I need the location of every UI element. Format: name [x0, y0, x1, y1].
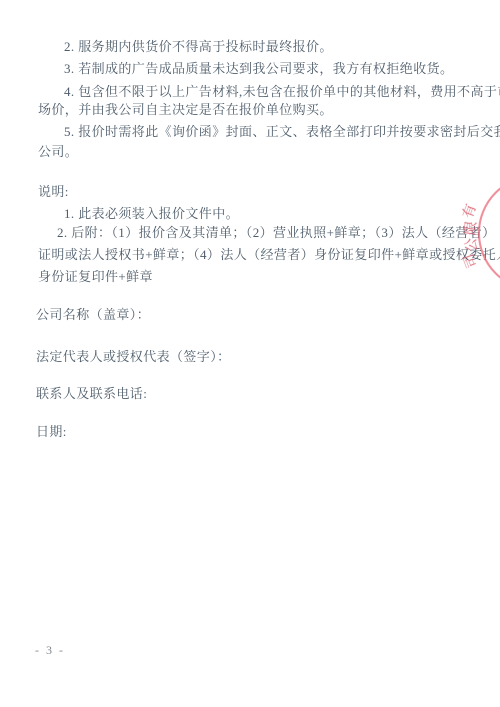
seal-ring-icon: [478, 175, 500, 291]
term-line: 场价，并由我公司自主决定是否在报价单位购买。: [38, 101, 333, 119]
document-page: 2. 服务期内供货价不得高于投标时最终报价。 3. 若制成的广告成品质量未达到我…: [0, 0, 500, 707]
field-date: 日期:: [36, 423, 67, 441]
seal-character: 限: [459, 220, 481, 237]
term-line: 4. 包含但不限于以上广告材料,未包含在报价单中的其他材料，费用不高于市: [64, 83, 500, 101]
field-company-name: 公司名称（盖章）：: [36, 306, 150, 324]
note-line: 1. 此表必须装入报价文件中。: [64, 205, 239, 223]
term-line: 2. 服务期内供货价不得高于投标时最终报价。: [64, 38, 333, 56]
note-line: 2. 后附：（1）报价含及其清单；（2）营业执照+鲜章；（3）法人（经营者）: [57, 224, 496, 242]
notes-heading: 说明:: [38, 183, 69, 201]
seal-character: 有: [457, 201, 481, 221]
seal-character: 公: [460, 237, 481, 253]
note-line: 证明或法人授权书+鲜章；（4）法人（经营者）身份证复印件+鲜章或授权委托人: [38, 246, 500, 264]
term-line: 5. 报价时需将此《询价函》封面、正文、表格全部打印并按要求密封后交我: [64, 123, 500, 141]
page-number: - 3 -: [35, 643, 65, 658]
field-legal-rep: 法定代表人或授权代表（签字）：: [36, 348, 231, 366]
term-line: 3. 若制成的广告成品质量未达到我公司要求，我方有权拒绝收货。: [64, 60, 453, 78]
term-line: 公司。: [38, 143, 78, 161]
note-line: 身份证复印件+鲜章: [38, 268, 153, 286]
field-contact-phone: 联系人及联系电话:: [36, 385, 147, 403]
